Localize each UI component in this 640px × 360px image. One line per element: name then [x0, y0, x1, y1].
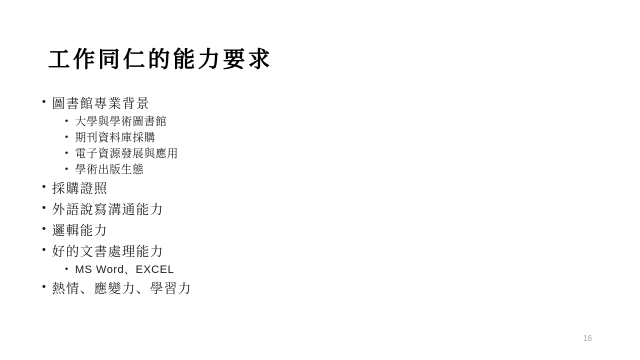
bullet-text: 期刊資料庫採購 [75, 129, 156, 145]
bullet-icon: • [42, 224, 52, 235]
bullet-icon: • [42, 97, 52, 108]
bullet-text: 熱情、應變力、學習力 [52, 278, 192, 297]
bullet-item: •電子資源發展與應用 [65, 145, 610, 161]
bullet-item: •學術出版生態 [65, 161, 610, 177]
bullet-list: •圖書館專業背景•大學與學術圖書館•期刊資料庫採購•電子資源發展與應用•學術出版… [42, 92, 610, 298]
bullet-text: 邏輯能力 [52, 220, 108, 239]
presentation-slide: 工作同仁的能力要求 •圖書館專業背景•大學與學術圖書館•期刊資料庫採購•電子資源… [0, 0, 640, 360]
bullet-item: •熱情、應變力、學習力 [42, 277, 610, 298]
page-number: 16 [583, 335, 592, 343]
bullet-item: •期刊資料庫採購 [65, 129, 610, 145]
bullet-item: •圖書館專業背景 [42, 92, 610, 113]
bullet-icon: • [65, 133, 75, 142]
bullet-icon: • [42, 282, 52, 293]
bullet-icon: • [65, 149, 75, 158]
bullet-item: •MS Word、EXCEL [65, 261, 610, 277]
bullet-icon: • [65, 165, 75, 174]
bullet-icon: • [65, 265, 75, 274]
bullet-icon: • [65, 117, 75, 126]
bullet-item: •大學與學術圖書館 [65, 113, 610, 129]
bullet-icon: • [42, 203, 52, 214]
bullet-text: 大學與學術圖書館 [75, 113, 167, 129]
bullet-text: 外語說寫溝通能力 [52, 199, 164, 218]
bullet-item: •邏輯能力 [42, 219, 610, 240]
bullet-text: 好的文書處理能力 [52, 241, 164, 260]
bullet-text: MS Word、EXCEL [75, 261, 174, 277]
bullet-icon: • [42, 182, 52, 193]
bullet-item: •外語說寫溝通能力 [42, 198, 610, 219]
bullet-text: 圖書館專業背景 [52, 93, 150, 112]
slide-title: 工作同仁的能力要求 [48, 48, 273, 72]
bullet-item: •採購證照 [42, 177, 610, 198]
bullet-text: 採購證照 [52, 178, 108, 197]
bullet-item: •好的文書處理能力 [42, 240, 610, 261]
bullet-text: 電子資源發展與應用 [75, 145, 179, 161]
bullet-text: 學術出版生態 [75, 161, 144, 177]
bullet-icon: • [42, 245, 52, 256]
